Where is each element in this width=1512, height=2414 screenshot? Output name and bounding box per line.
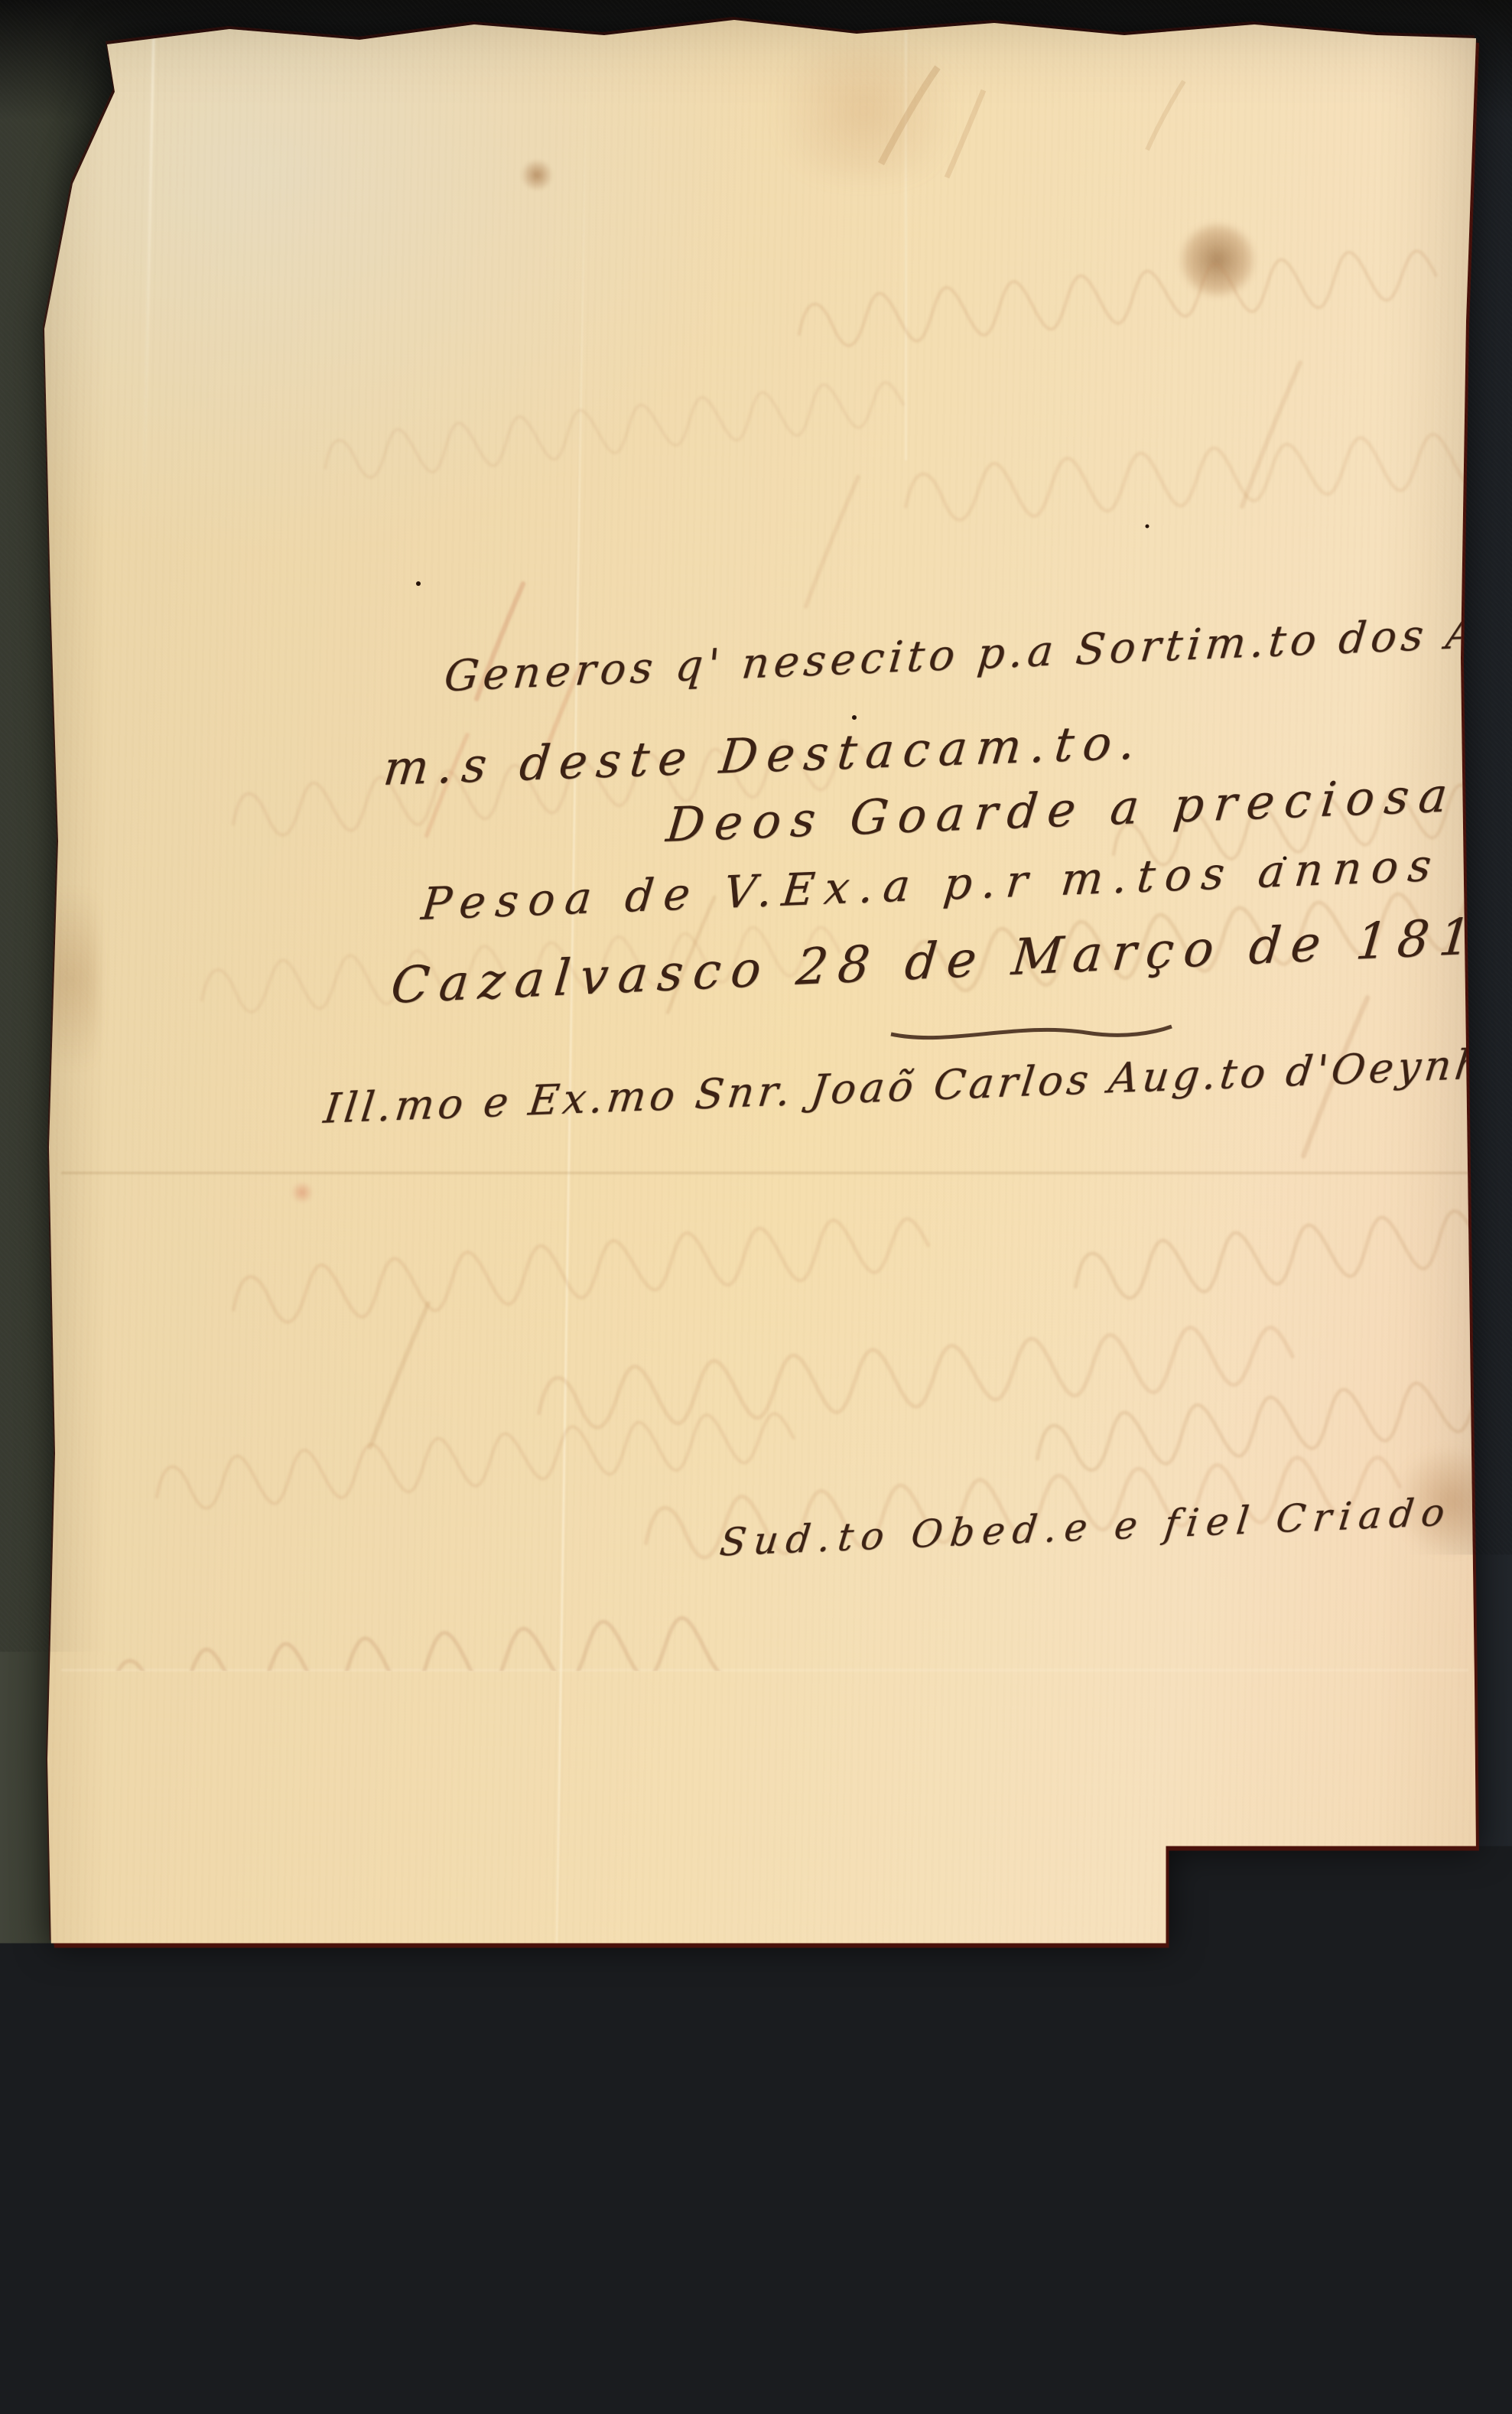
paper-sheet: Generos q' nesecito p.a Sortim.to dos Ar…	[0, 0, 1512, 2414]
paper-surface: Generos q' nesecito p.a Sortim.to dos Ar…	[0, 0, 1512, 2414]
photographed-manuscript-scene: Generos q' nesecito p.a Sortim.to dos Ar…	[0, 0, 1512, 2414]
deckled-edge-highlight	[0, 0, 1512, 2414]
